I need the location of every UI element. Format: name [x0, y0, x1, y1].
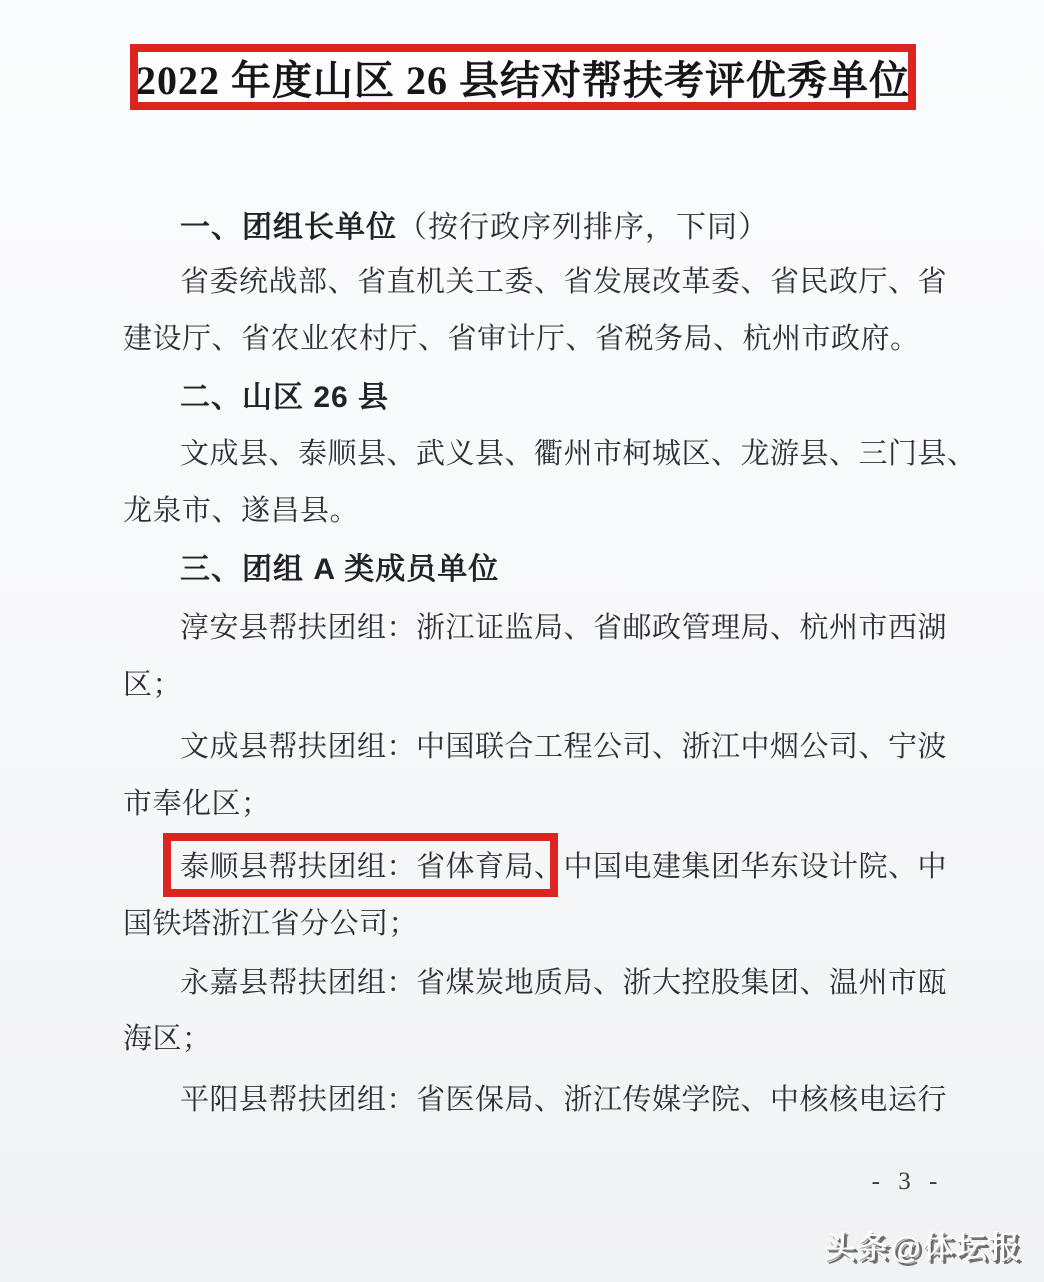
section1-heading: 一、团组长单位（按行政序列排序，下同） [180, 209, 940, 247]
section1-line1: 省委统战部、省直机关工委、省发展改革委、省民政厅、省 [180, 264, 940, 300]
document-title: 2022 年度山区 26 县结对帮扶考评优秀单位 [136, 49, 910, 106]
page-number: - 3 - [845, 1168, 970, 1196]
para-chunan-line2: 区； [123, 667, 940, 703]
section2-line2: 龙泉市、遂昌县。 [123, 493, 940, 529]
document-page: 2022 年度山区 26 县结对帮扶考评优秀单位 一、团组长单位（按行政序列排序… [0, 0, 1044, 1282]
para-taishun-line1: 泰顺县帮扶团组：省体育局、中国电建集团华东设计院、中 [180, 849, 940, 885]
para-wencheng-line2: 市奉化区； [123, 786, 940, 822]
section1-heading-main: 一、团组长单位 [180, 211, 397, 244]
section1-line2: 建设厅、省农业农村厅、省审计厅、省税务局、杭州市政府。 [123, 321, 940, 357]
section3-heading: 三、团组 A 类成员单位 [180, 551, 940, 589]
title-red-frame: 2022 年度山区 26 县结对帮扶考评优秀单位 [130, 44, 916, 110]
para-wencheng-line1: 文成县帮扶团组：中国联合工程公司、浙江中烟公司、宁波 [180, 729, 940, 765]
section1-heading-note: （按行政序列排序，下同） [397, 211, 769, 244]
toutiao-watermark: 头条@体坛报 [825, 1222, 1022, 1267]
para-yongjia-line2: 海区； [123, 1021, 940, 1057]
section2-line1: 文成县、泰顺县、武义县、衢州市柯城区、龙游县、三门县、 [180, 436, 940, 472]
para-yongjia-line1: 永嘉县帮扶团组：省煤炭地质局、浙大控股集团、温州市瓯 [180, 965, 940, 1001]
para-chunan-line1: 淳安县帮扶团组：浙江证监局、省邮政管理局、杭州市西湖 [180, 610, 940, 646]
para-pingyang-line1: 平阳县帮扶团组：省医保局、浙江传媒学院、中核核电运行 [180, 1082, 940, 1118]
section2-heading: 二、山区 26 县 [180, 379, 940, 417]
para-taishun-line2: 国铁塔浙江省分公司； [123, 906, 940, 942]
